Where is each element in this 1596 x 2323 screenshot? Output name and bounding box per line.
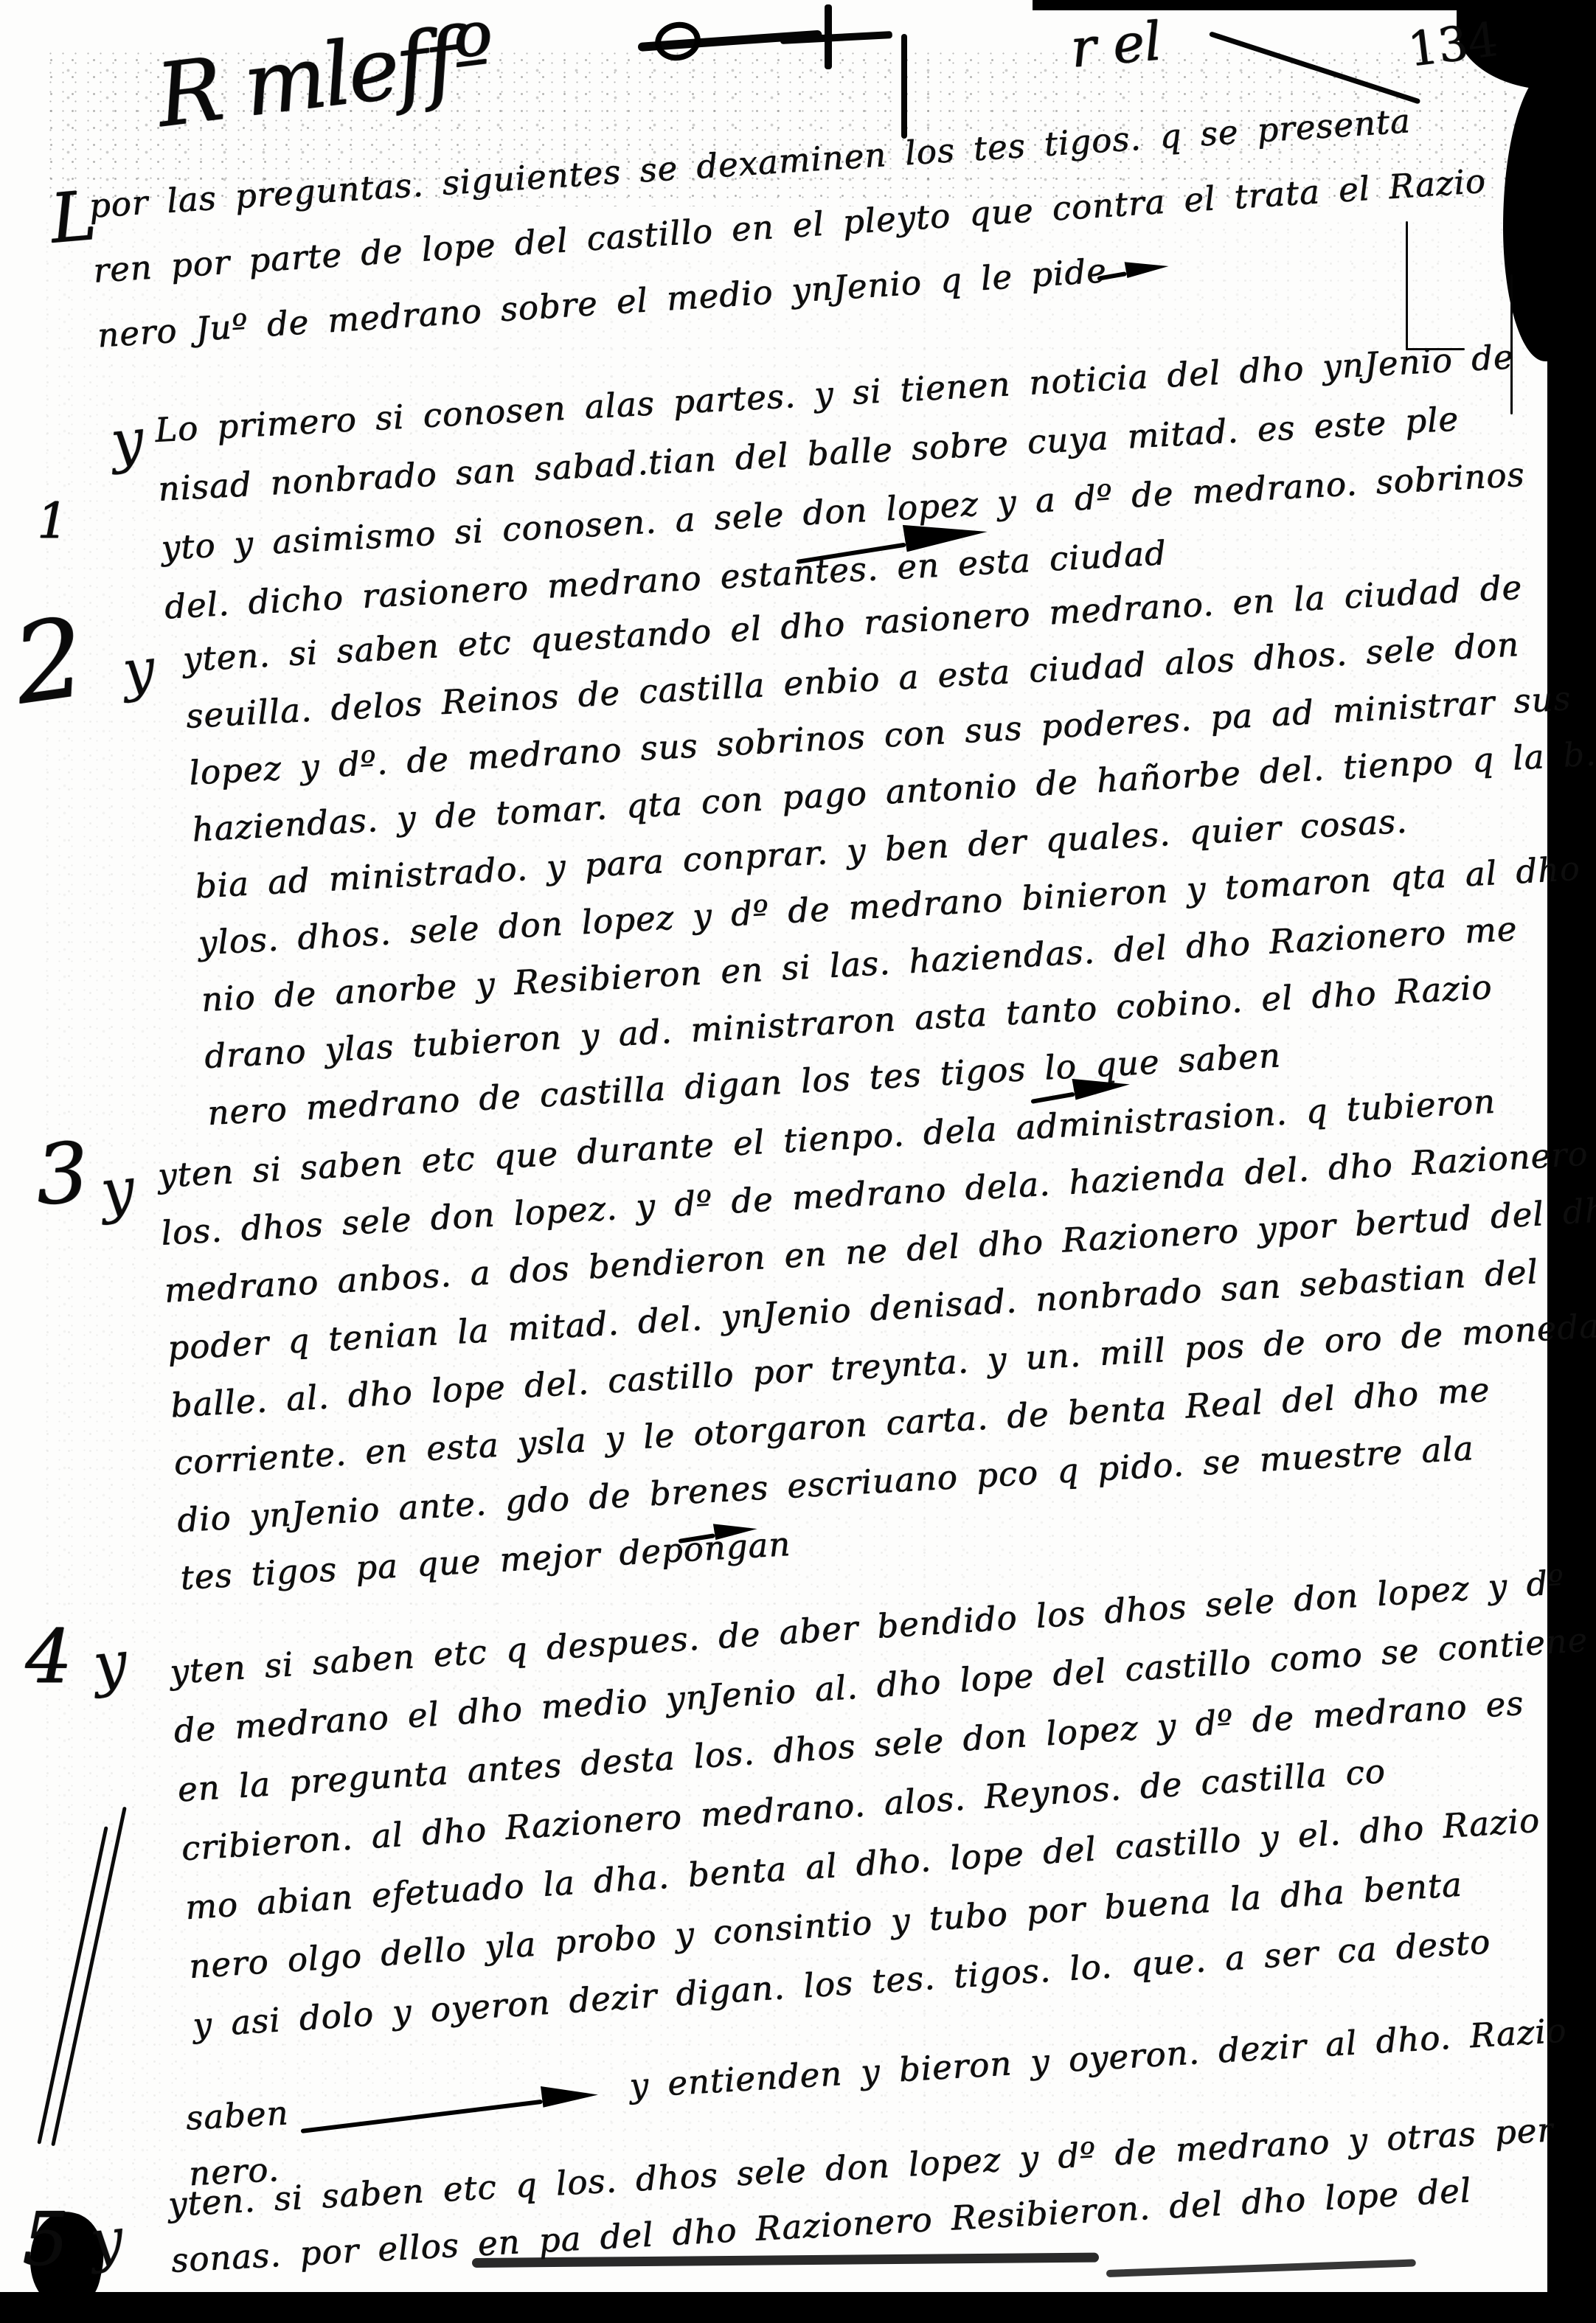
text-line: saben (185, 2093, 290, 2137)
margin-number-2: 2 (6, 594, 92, 729)
question-4-paragraph: yten si saben etc q despues. de aber ben… (168, 1552, 1596, 2055)
item-mark: y (97, 1154, 138, 1226)
flourish-arrow (301, 2102, 543, 2131)
margin-slash (37, 1826, 108, 2144)
text-line: y entienden y bieron y oyeron. dezir al … (628, 2010, 1568, 2105)
folio-number: 134 (1405, 13, 1501, 77)
bottom-smudge (1106, 2259, 1416, 2277)
item-mark: y (108, 406, 147, 476)
question-2-paragraph: yten. si saben etc questando el dho rasi… (181, 551, 1596, 1142)
scribble-loop (651, 18, 704, 65)
margin-number-5: 5 (22, 2196, 69, 2282)
corner-scribble: r el (1068, 10, 1164, 79)
item-mark: y (87, 2206, 126, 2275)
bottom-edge-band (0, 2292, 1596, 2323)
margin-number-3: 3 (32, 1125, 91, 1224)
question-3-paragraph: yten si saben etc que durante el tienpo.… (156, 1066, 1596, 1607)
manuscript-page: 134 R mleffº r el L por las preguntas. s… (0, 0, 1596, 2323)
header-mark: R mleffº (151, 4, 498, 147)
item-mark: y (119, 636, 158, 704)
margin-number-1: 1 (37, 493, 68, 549)
margin-number-4: 4 (25, 1614, 72, 1700)
margin-slash (51, 1807, 127, 2147)
item-mark: y (90, 1628, 131, 1699)
